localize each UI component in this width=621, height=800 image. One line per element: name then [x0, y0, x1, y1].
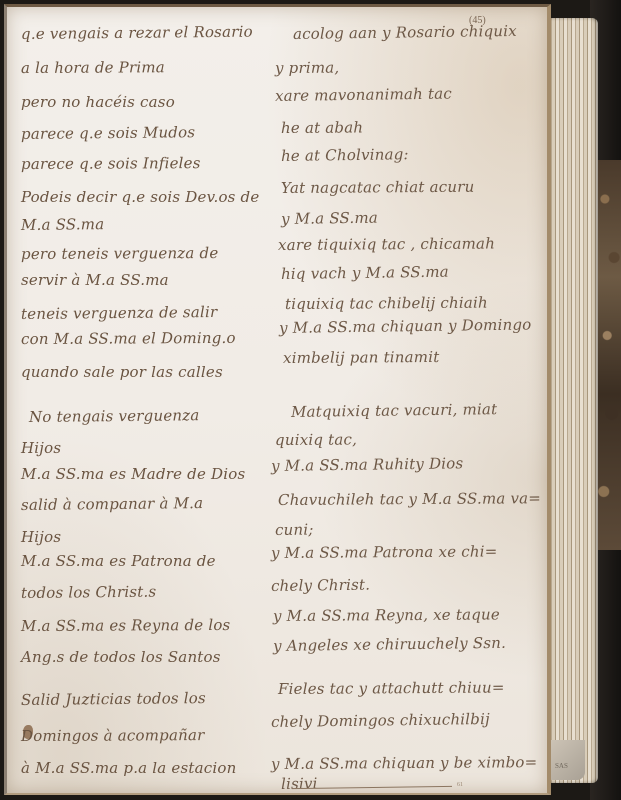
native-language-line: cuni;	[275, 520, 314, 539]
spanish-line: q.e vengais a rezar el Rosario	[21, 23, 253, 43]
spanish-line: Hijos	[21, 528, 61, 546]
native-language-line: quixiq tac,	[275, 430, 357, 449]
native-language-line: Chavuchileh tac y M.a SS.ma va=	[278, 489, 541, 509]
spanish-line: teneis verguenza de salir	[21, 303, 217, 323]
spanish-line: quando sale por las calles	[21, 363, 223, 381]
native-language-line: y prima,	[275, 59, 339, 77]
spanish-line: M.a SS.ma es Reyna de los	[21, 616, 231, 635]
native-language-line: chely Christ.	[271, 576, 370, 595]
manuscript-photo: SAS (45) q.e vengais a rezar el Rosarioa…	[0, 0, 621, 800]
native-language-line: Fieles tac y attachutt chiuu=	[278, 678, 505, 698]
native-language-line: tiquixiq tac chibelij chiaih	[285, 294, 488, 313]
native-language-line: he at Cholvinag:	[281, 145, 409, 165]
page-corner	[545, 740, 585, 780]
spanish-line: M.a SS.ma es Patrona de	[21, 552, 216, 570]
native-language-line: y M.a SS.ma Ruhity Dios	[271, 454, 464, 475]
native-language-line: y M.a SS.ma Patrona xe chi=	[271, 542, 498, 562]
spanish-line: M.a SS.ma es Madre de Dios	[21, 465, 245, 483]
native-language-line: ximbelij pan tinamit	[283, 348, 440, 367]
spanish-line: a la hora de Prima	[21, 58, 165, 77]
spanish-line: parece q.e sois Mudos	[21, 123, 195, 143]
spanish-line: salid à companar à M.a	[21, 494, 203, 514]
native-language-line: lisivi	[281, 774, 318, 793]
native-language-line: Yat nagcatac chiat acuru	[281, 178, 475, 197]
footer-mark: 61	[457, 782, 463, 788]
spanish-line: pero no hacéis caso	[21, 93, 175, 111]
spanish-line: todos los Christ.s	[21, 583, 157, 602]
native-language-line: xare tiquixiq tac , chicamah	[278, 234, 495, 254]
spanish-line: à M.a SS.ma p.a la estacion	[21, 759, 236, 777]
spanish-line: Hijos	[21, 439, 61, 457]
native-language-line: y Angeles xe chiruuchely Ssn.	[273, 634, 506, 655]
native-language-line: y M.a SS.ma Reyna, xe taque	[273, 605, 500, 625]
native-language-line: he at abah	[281, 118, 363, 137]
native-language-line: Matquixiq tac vacuri, miat	[291, 400, 498, 421]
spanish-line: No tengais verguenza	[29, 406, 200, 426]
spanish-line: M.a SS.ma	[21, 215, 105, 234]
spanish-line: con M.a SS.ma el Doming.o	[21, 329, 236, 348]
native-language-line: hiq vach y M.a SS.ma	[281, 263, 449, 283]
spanish-line: parece q.e sois Infieles	[21, 154, 201, 173]
native-language-line: y M.a SS.ma chiquan y Domingo	[279, 315, 532, 337]
native-language-line: chely Domingos chixuchilbij	[271, 710, 490, 731]
spanish-line: Ang.s de todos los Santos	[21, 648, 221, 666]
native-language-line: y M.a SS.ma chiquan y be ximbo=	[271, 753, 538, 773]
native-language-line: y M.a SS.ma	[281, 209, 378, 228]
native-language-line: acolog aan y Rosario chiquix	[293, 22, 517, 43]
marbled-cover	[598, 160, 621, 550]
spanish-line: servir à M.a SS.ma	[21, 271, 169, 289]
spanish-line: Salid Juzticias todos los	[21, 689, 206, 709]
manuscript-page: (45) q.e vengais a rezar el Rosarioa la …	[4, 4, 551, 795]
spanish-line: Domingos à acompañar	[21, 726, 205, 745]
native-language-line: xare mavonanimah tac	[275, 85, 452, 105]
spanish-line: pero teneis verguenza de	[21, 244, 218, 263]
page-edge-mark: SAS	[555, 762, 568, 770]
spanish-line: Podeis decir q.e sois Dev.os de	[21, 188, 259, 206]
